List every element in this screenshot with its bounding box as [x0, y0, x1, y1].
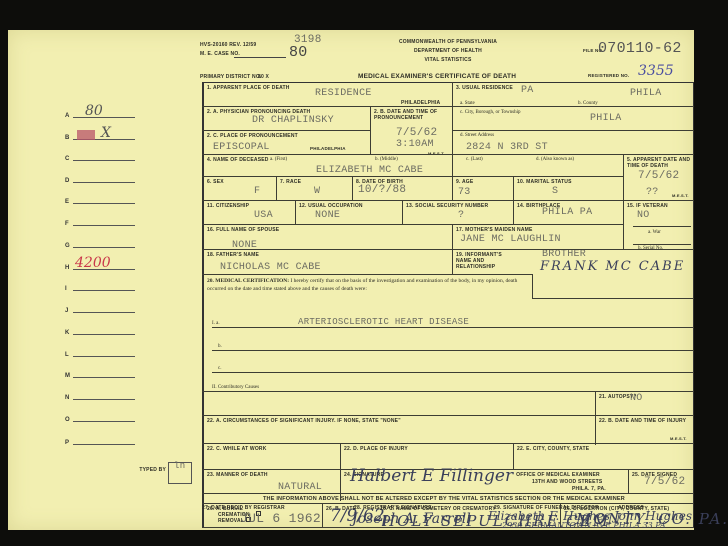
birthplace: PHILA PA: [542, 207, 592, 218]
field-5-label: 5. APPARENT DATE AND TIME OF DEATH: [627, 157, 693, 169]
city-borough-label: c. City, Borough, or Township: [460, 110, 520, 115]
field-17-label: 17. MOTHER'S MAIDEN NAME: [456, 227, 533, 233]
field-10-label: 10. MARITAL STATUS: [517, 179, 572, 185]
first-label: a. (First): [270, 157, 287, 162]
residence-city: PHILA: [590, 113, 622, 124]
agency-line-3: VITAL STATISTICS: [358, 57, 538, 63]
manner-of-death: NATURAL: [278, 482, 322, 493]
side-code-e: E: [65, 191, 135, 205]
form-number: HVS-20160 REV. 12/59: [200, 42, 256, 48]
side-code-k: K: [65, 322, 135, 336]
age: 73: [458, 187, 471, 198]
side-code-j: J: [65, 300, 135, 314]
field-19-label: 19. INFORMANT'S NAME AND RELATIONSHIP: [456, 252, 506, 270]
field-13-label: 13. SOCIAL SECURITY NUMBER: [406, 203, 488, 209]
field-6-label: 6. SEX: [207, 179, 224, 185]
primary-district-value: 80 X: [258, 74, 269, 80]
field-2b-label: 2. b. DATE AND TIME OF PRONOUNCEMENT: [374, 109, 454, 121]
date-signed: 7/5/62: [644, 476, 685, 488]
residence-county: PHILA: [630, 88, 662, 99]
contributory-causes-label: II. Contributory Causes: [212, 385, 259, 390]
field-3-label: 3. USUAL RESIDENCE: [456, 85, 513, 91]
side-code-a: A80: [65, 105, 135, 119]
injury-zone: M.E.S.T.: [670, 436, 687, 441]
field-1-label: 1. APPARENT PLACE OF DEATH: [207, 85, 290, 91]
office-line-3: PHILA. 7, PA.: [572, 486, 606, 492]
death-time: ??: [646, 187, 659, 198]
registered-no-label: REGISTERED NO.: [588, 73, 629, 78]
form-title: MEDICAL EXAMINER'S CERTIFICATE OF DEATH: [358, 73, 516, 80]
side-code-f: F: [65, 213, 135, 227]
field-22a-label: 22. a. CIRCUMSTANCES OF SIGNIFICANT INJU…: [207, 418, 401, 424]
side-code-c: C: [65, 148, 135, 162]
office-line-1: OFFICE OF MEDICAL EXAMINER: [508, 472, 608, 478]
side-code-n: N: [65, 387, 135, 401]
street-address-label: d. Street Address: [460, 133, 494, 138]
field-20-label: 20. MEDICAL CERTIFICATION:: [207, 278, 289, 284]
date-of-birth: 10/?/88: [358, 184, 406, 196]
medical-certification-text: 20. MEDICAL CERTIFICATION: I hereby cert…: [207, 277, 529, 293]
office-line-2: 13TH AND WOOD STREETS: [532, 479, 602, 485]
middle-label: b. (Middle): [375, 157, 398, 162]
death-date: 7/5/62: [638, 170, 679, 182]
examiner-signature: Halbert E Fillinger: [350, 466, 513, 486]
physician-pronouncing: DR CHAPLINSKY: [252, 115, 334, 126]
place-of-pronouncement: EPISCOPAL: [213, 142, 270, 153]
usual-occupation: NONE: [315, 210, 340, 221]
field-22d-label: 22. d. PLACE OF INJURY: [344, 446, 408, 452]
field-9-label: 9. AGE: [456, 179, 473, 185]
sex: F: [254, 186, 260, 197]
side-code-o: O: [65, 409, 135, 423]
last-label: c. (Last): [466, 157, 483, 162]
registered-no-value: 3355: [638, 63, 674, 79]
citizenship: USA: [254, 210, 273, 221]
field-22b-label: 22. b. DATE AND TIME OF INJURY: [599, 418, 686, 424]
date-received-by-registrar: JUL 6 1962: [240, 511, 321, 526]
funeral-director-address: 2930 GERMANTOWN AVE PHILA 33 PA: [502, 521, 666, 530]
side-code-d: D: [65, 170, 135, 184]
scribble-redaction: [77, 130, 95, 140]
field-16-label: 16. FULL NAME OF SPOUSE: [207, 227, 279, 233]
social-security-number: ?: [458, 210, 464, 221]
typed-by-label: TYPED BY: [136, 466, 166, 475]
pronouncement-date: 7/5/62: [396, 127, 437, 139]
mothers-maiden-name: JANE MC LAUGHLIN: [460, 234, 561, 245]
race: W: [314, 186, 320, 197]
field-15-label: 15. IF VETERAN: [627, 203, 668, 209]
pronouncement-time: 3:10AM: [396, 139, 434, 150]
registrar-signature: Joseph A. Farrell: [352, 511, 471, 527]
residence-state: PA: [521, 85, 534, 96]
side-code-l: L: [65, 344, 135, 358]
field-12-label: 12. USUAL OCCUPATION: [299, 203, 363, 209]
alteration-notice: THE INFORMATION ABOVE SHALL NOT BE ALTER…: [263, 496, 625, 502]
typed-by-box: ln: [168, 462, 192, 484]
field-18-label: 18. FATHER'S NAME: [207, 252, 259, 258]
file-no-value: 070110-62: [598, 40, 682, 57]
field-22c-label: 22. c. WHILE AT WORK: [207, 446, 267, 452]
side-code-g: G: [65, 235, 135, 249]
primary-district-label: PRIMARY DISTRICT NO.: [200, 74, 262, 80]
field-2c-label: 2. c. PLACE OF PRONOUNCEMENT: [207, 133, 298, 139]
autopsy: NO: [630, 393, 643, 404]
address-label: ADDRESS: [618, 505, 644, 511]
marital-status: S: [552, 186, 558, 197]
cause-b-label: b.: [218, 344, 222, 349]
typed-by-value: ln: [174, 461, 185, 471]
name-of-deceased: ELIZABETH MC CABE: [316, 165, 423, 176]
cause-a-label: I. a.: [212, 321, 220, 326]
me-case-number: 80: [289, 44, 308, 61]
agency-line-1: COMMONWEALTH OF PENNSYLVANIA: [358, 39, 538, 45]
field-11-label: 11. CITIZENSHIP: [207, 203, 249, 209]
field-22e-label: 22. e. CITY, COUNTY, STATE: [517, 446, 589, 452]
veteran-status: NO: [637, 210, 650, 221]
cause-of-death-a: ARTERIOSCLEROTIC HEART DISEASE: [298, 317, 469, 327]
side-code-b: BX: [65, 127, 135, 141]
cause-c-label: c.: [218, 366, 221, 371]
form-frame: [202, 82, 694, 528]
informant-name: FRANK MC CABE: [540, 259, 685, 274]
death-certificate-page: HVS-20160 REV. 12/59 M. E. CASE NO. 3198…: [8, 30, 694, 530]
agency-line-2: DEPARTMENT OF HEALTH: [358, 48, 538, 54]
side-code-h: H4200: [65, 257, 135, 271]
death-zone: M.E.S.T.: [672, 193, 689, 198]
aka-label: d. (Also known as): [536, 157, 574, 162]
pronouncement-city: PHILADELPHIA: [310, 146, 346, 151]
residence-street: 2824 N 3RD ST: [466, 142, 548, 153]
war-label: a. War: [648, 230, 661, 235]
side-code-m: M: [65, 365, 135, 379]
fathers-name: NICHOLAS MC CABE: [220, 262, 321, 273]
field-7-label: 7. RACE: [280, 179, 301, 185]
field-4-label: 4. NAME OF DECEASED: [207, 157, 269, 163]
side-code-i: I: [65, 278, 135, 292]
field-23-label: 23. MANNER OF DEATH: [207, 472, 268, 478]
side-code-p: P: [65, 432, 135, 446]
apparent-place-of-death: RESIDENCE: [315, 88, 372, 99]
